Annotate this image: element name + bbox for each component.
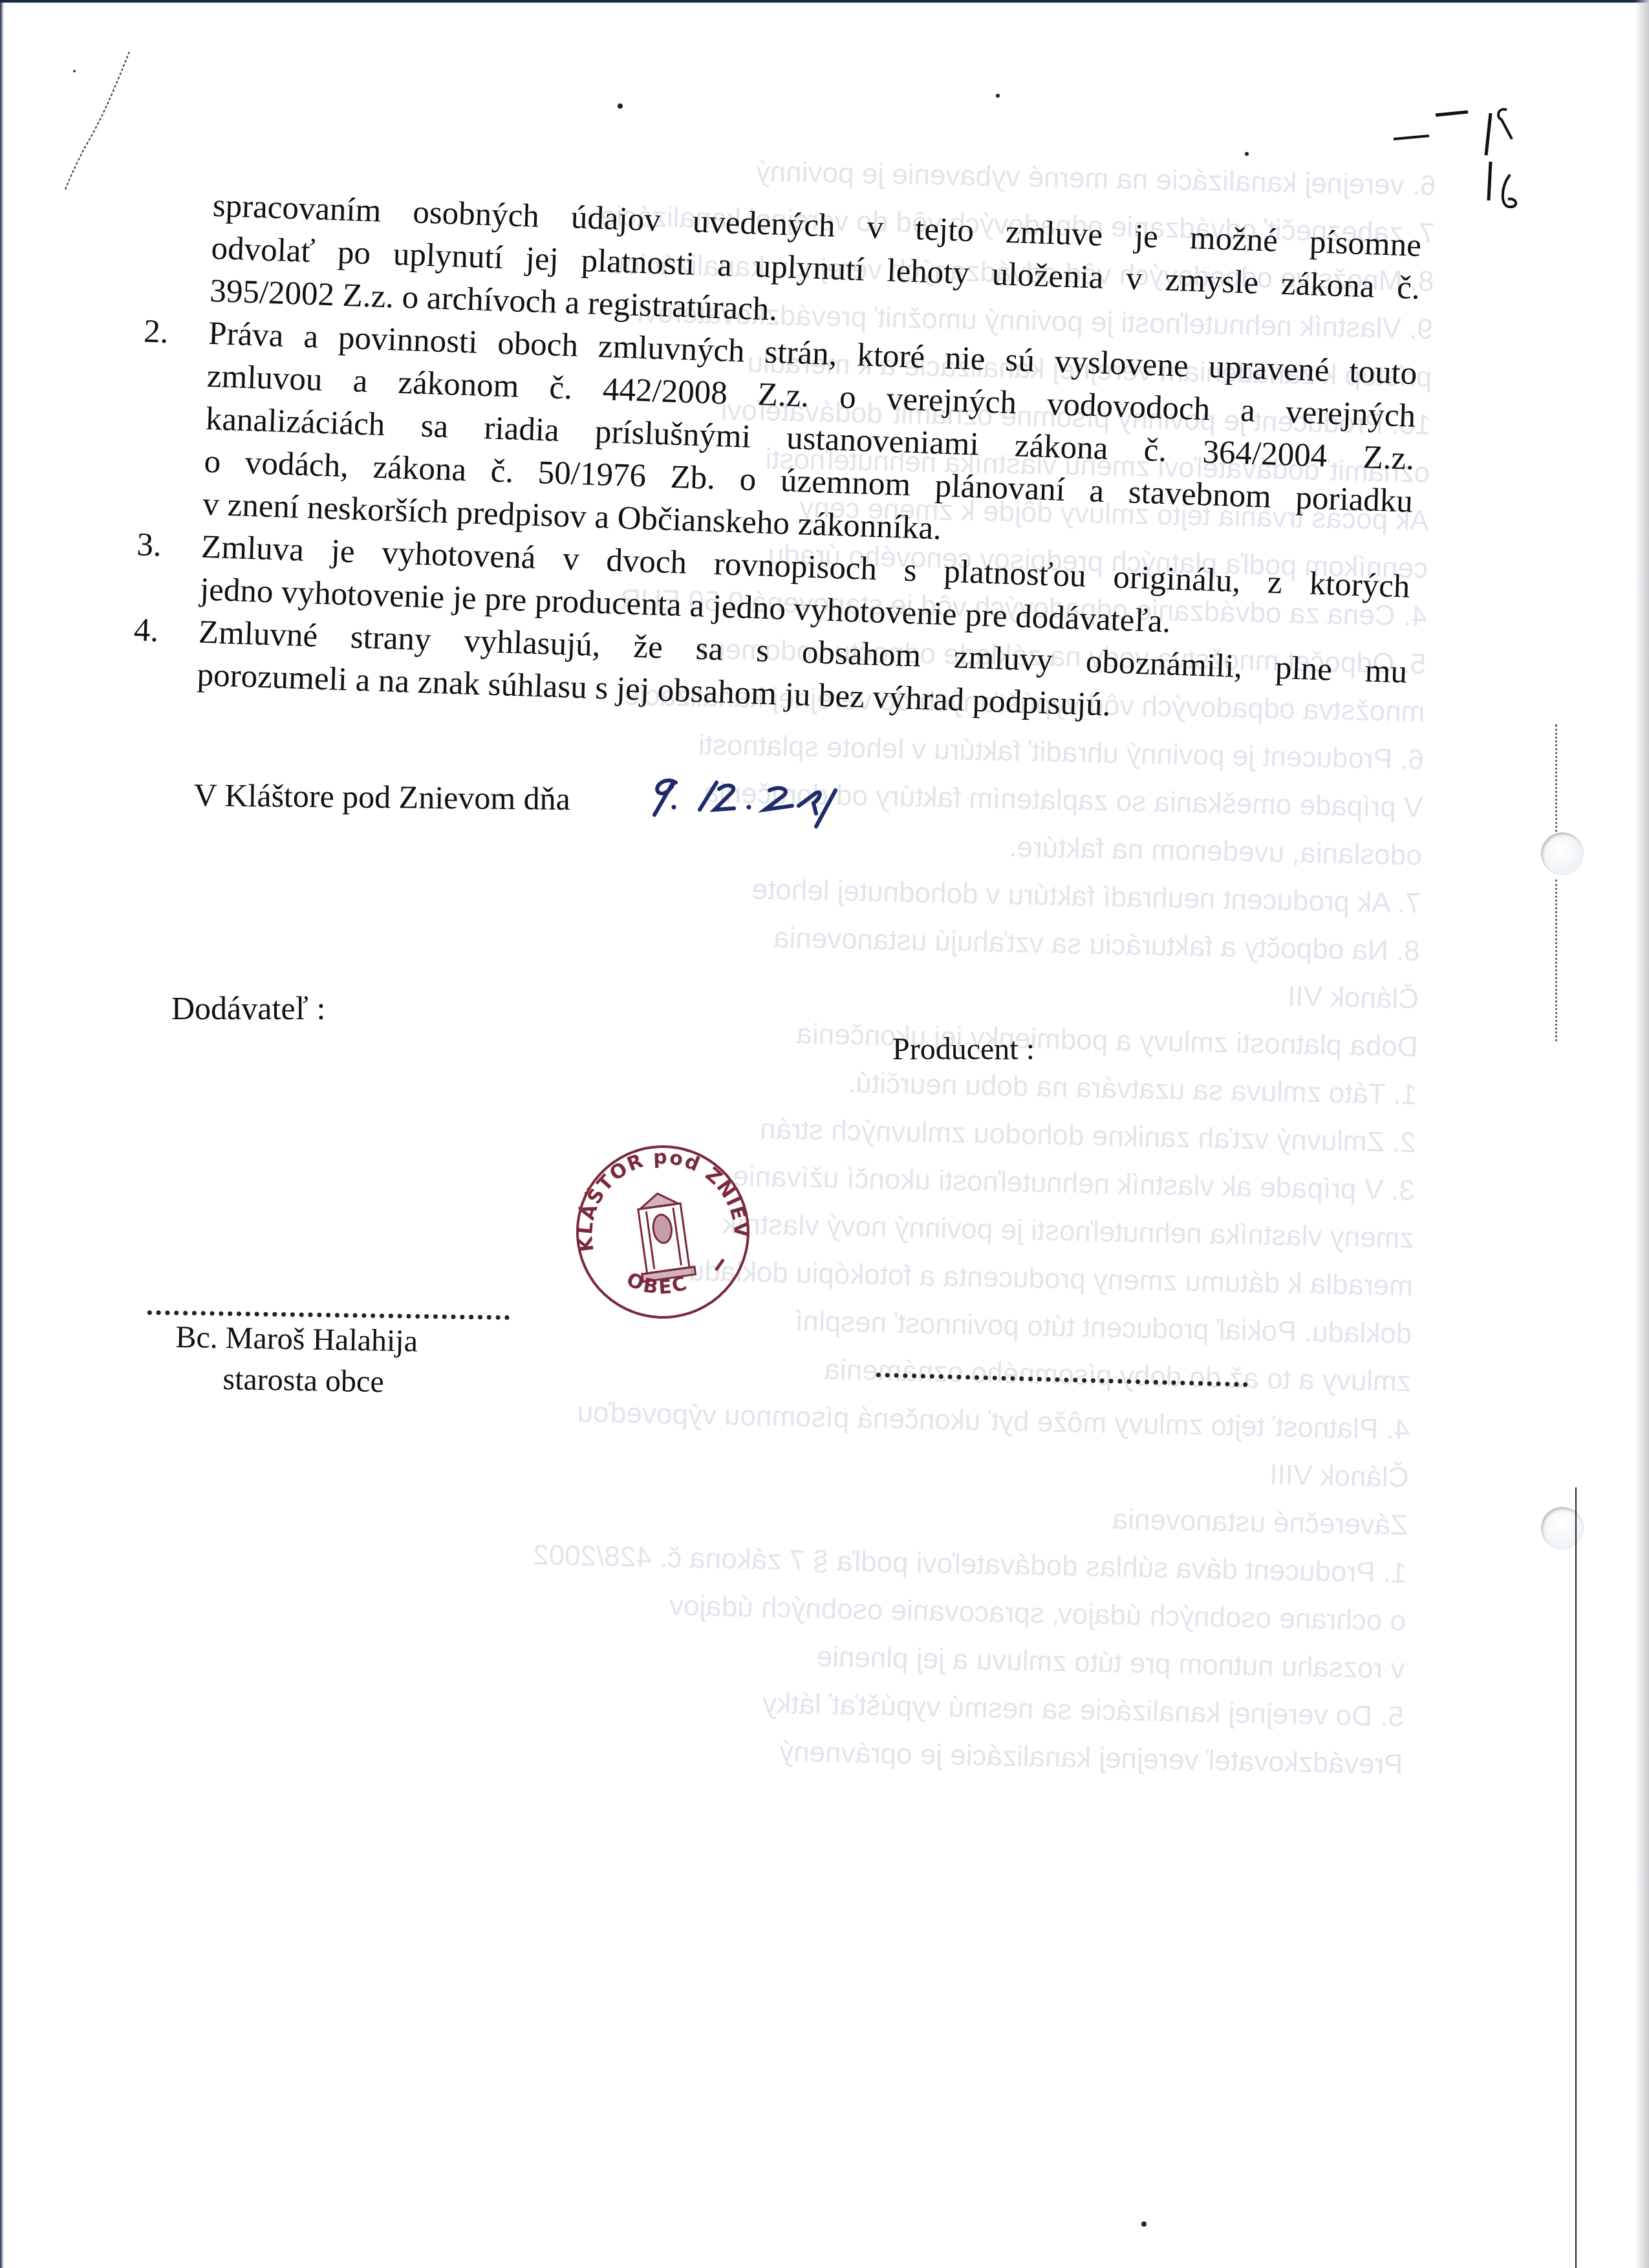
bleed-line: v rozsahu nutnom pre túto zmluvu a jej p… [144, 1619, 1405, 1693]
clause-2: 2.Práva a povinnosti oboch zmluvných str… [202, 312, 1417, 566]
bleed-line: 5. Do verejnej kanalizácie sa nesmú vypú… [142, 1667, 1404, 1741]
supplier-signer-title: starosta obce [222, 1361, 384, 1399]
bleed-line: Prevádzkovateľ verejnej kanalizácie je o… [142, 1714, 1403, 1789]
scan-speck [996, 94, 1000, 98]
bleed-line: 7. Ak producent neuhradí faktúru v dohod… [160, 854, 1421, 928]
corner-pen-stroke [26, 39, 155, 200]
scan-top-edge [0, 0, 1649, 3]
clause-number: 3. [136, 523, 162, 567]
producer-signature-line [876, 1359, 1249, 1387]
bleed-line: Článok VIII [147, 1427, 1409, 1502]
binder-punch-hole [1541, 1507, 1584, 1550]
bleed-line: o ochrane osobných údajov, spracovanie o… [145, 1571, 1406, 1645]
bleed-line: 1. Táto zmluva sa uzatvára na dobu neurč… [156, 1045, 1417, 1119]
margin-annotation-k16 [1390, 84, 1552, 226]
scan-right-edge [1635, 0, 1649, 2268]
supplier-signer-name: Bc. Maroš Halahija [175, 1319, 418, 1359]
bleed-line: Doba platnosti zmluvy a podmienky jej uk… [156, 997, 1418, 1072]
church-altar-emblem-icon [631, 1190, 696, 1282]
handwritten-date: 9. 12. 2011 [647, 763, 854, 834]
bleed-line: 8. Na odpočty a fakturáciu sa vzťahujú u… [158, 902, 1420, 976]
stamp-text-bottom: OBEC [620, 1260, 691, 1305]
bleed-line: 2. Zmluvný vzťah zanikne dohodou zmluvný… [155, 1093, 1416, 1167]
clause-number: 4. [133, 609, 159, 652]
bleed-line: meradla k dátumu zmeny producenta a foto… [151, 1237, 1413, 1311]
bleed-line: Záverečné ustanovenia [147, 1475, 1408, 1550]
municipality-stamp: KLÁŠTOR pod ZNIEVOM OBEC [569, 1138, 757, 1326]
bleed-line: zmeny vlastníka nehnuteľnosti je povinný… [153, 1189, 1414, 1263]
fold-crease [1555, 880, 1557, 1041]
place-and-date-label: V Kláštore pod Znievom dňa [193, 776, 570, 817]
contract-clauses: spracovaním osobných údajov uvedených v … [197, 184, 1422, 737]
producer-label: Producent : [892, 1031, 1035, 1067]
page-edge-line [1575, 1487, 1577, 2268]
scan-speck [1245, 152, 1249, 156]
fold-crease [1555, 724, 1557, 841]
binder-punch-hole [1541, 832, 1584, 875]
supplier-signature-line [147, 1297, 510, 1320]
bleed-line: 3. V prípade ak vlastník nehnuteľnosti u… [154, 1141, 1416, 1215]
scan-left-edge [0, 0, 4, 2268]
svg-text:OBEC: OBEC [620, 1260, 691, 1305]
bleed-line: 1. Producent dáva súhlas dodávateľovi po… [145, 1523, 1407, 1597]
scan-speck [618, 103, 623, 109]
bleed-line: Článok VII [158, 949, 1419, 1024]
scan-speck [1141, 2221, 1147, 2227]
supplier-label: Dodávateľ : [171, 989, 325, 1027]
clause-number: 2. [143, 310, 169, 354]
